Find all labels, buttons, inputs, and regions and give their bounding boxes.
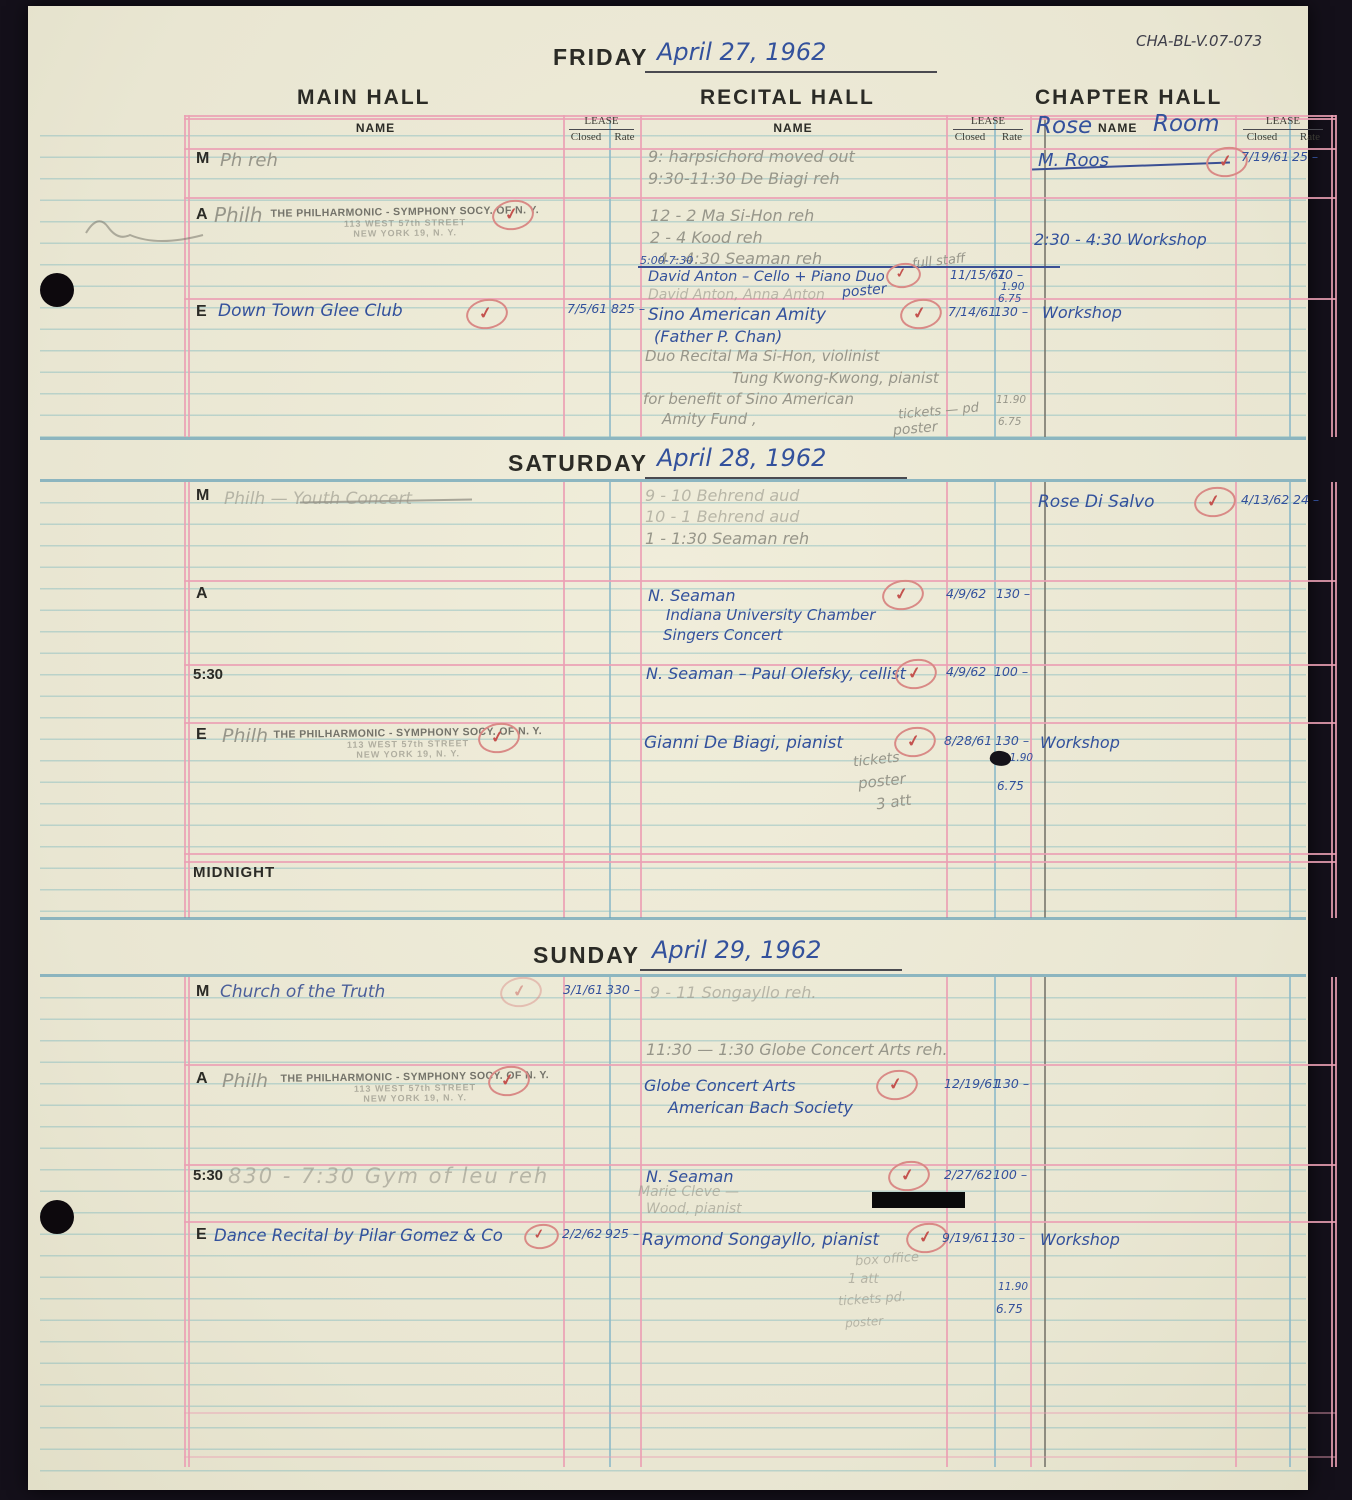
entry-recital-evening: (Father P. Chan) bbox=[654, 327, 782, 346]
grid-hline bbox=[184, 1064, 1336, 1066]
recital-morning-note: 9:30-11:30 De Biagi reh bbox=[648, 169, 840, 188]
recital-afternoon-note: 12 - 2 Ma Si-Hon reh bbox=[650, 206, 814, 225]
entry-chapter-morning: Rose Di Salvo bbox=[1038, 492, 1155, 512]
grid-vline bbox=[1331, 115, 1333, 437]
day-label-saturday: SATURDAY bbox=[508, 450, 648, 477]
grid-hline bbox=[184, 1412, 1336, 1414]
recital-morning-note: 11:30 — 1:30 Globe Concert Arts reh. bbox=[646, 1040, 948, 1059]
redaction-bar bbox=[872, 1192, 965, 1208]
entry-recital-afternoon: American Bach Society bbox=[668, 1098, 853, 1117]
lease-rate: 130 – bbox=[991, 1230, 1025, 1245]
lease-rate: 70 – bbox=[997, 267, 1023, 282]
col-header-rate-recital: Rate bbox=[994, 131, 1030, 143]
entry-recital-afternoon: Globe Concert Arts bbox=[644, 1076, 796, 1095]
col-header-closed-chapter: Closed bbox=[1235, 131, 1289, 143]
fee-amount: 6.75 bbox=[997, 779, 1024, 793]
section-divider-line bbox=[40, 479, 1306, 482]
recital-morning-note: 9 - 10 Behrend aud bbox=[645, 486, 799, 505]
lease-rate: 330 – bbox=[606, 982, 640, 997]
entry-recital-afternoon: Indiana University Chamber bbox=[666, 606, 875, 624]
row-label-e: E bbox=[196, 303, 207, 321]
col-header-rate-main: Rate bbox=[609, 131, 640, 143]
grid-vline bbox=[184, 115, 186, 437]
col-header-name-recital: NAME bbox=[640, 121, 946, 135]
entry-main-morning: Ph reh bbox=[220, 150, 278, 171]
scanned-ledger-page: CHA-BL-V.07-073 FRIDAY April 27, 1962 MA… bbox=[0, 0, 1352, 1500]
lease-closed-date: 7/19/61 bbox=[1241, 149, 1289, 164]
fee-amount: 6.75 bbox=[996, 1302, 1023, 1316]
grid-hline bbox=[184, 1456, 1336, 1458]
lease-closed-date: 2/2/62 bbox=[562, 1226, 602, 1241]
recital-morning-note: 9: harpsichord moved out bbox=[648, 147, 855, 166]
row-label-a: A bbox=[196, 1070, 208, 1088]
section-divider-line bbox=[40, 974, 1306, 977]
recital-morning-note: 9 - 11 Songayllo reh. bbox=[650, 983, 817, 1002]
grid-vline bbox=[563, 115, 565, 437]
lease-underline bbox=[953, 129, 1023, 130]
entry-main-evening: Dance Recital by Pilar Gomez & Co bbox=[214, 1226, 503, 1245]
lease-closed-date: 12/19/61 bbox=[944, 1076, 1000, 1091]
row-label-530: 5:30 bbox=[193, 666, 223, 683]
grid-vline bbox=[1289, 115, 1291, 437]
fee-amount: 11.90 bbox=[998, 1281, 1028, 1293]
grid-vline bbox=[188, 115, 190, 437]
lease-closed-date: 3/1/61 bbox=[563, 982, 603, 997]
lease-rate: 825 – bbox=[611, 301, 645, 316]
row-label-530: 5:30 bbox=[193, 1167, 223, 1184]
lease-rate: 100 – bbox=[994, 664, 1028, 679]
entry-main-morning: Philh — Youth Concert bbox=[224, 489, 412, 509]
grid-hline bbox=[184, 861, 1336, 863]
day-label-friday: FRIDAY bbox=[553, 44, 649, 71]
day-date-sunday: April 29, 1962 bbox=[652, 936, 821, 964]
row-label-e: E bbox=[196, 726, 207, 744]
sino-program-note: for benefit of Sino American bbox=[643, 390, 854, 408]
anton-ghost-note: David Anton, Anna Anton bbox=[648, 287, 825, 303]
hall-title-chapter: CHAPTER HALL bbox=[1035, 86, 1222, 110]
row-label-e: E bbox=[196, 1226, 207, 1244]
hole-punch bbox=[40, 1200, 74, 1234]
lease-closed-date: 4/9/62 bbox=[946, 664, 986, 679]
grid-hline bbox=[184, 197, 1336, 199]
grid-hline bbox=[184, 853, 1336, 855]
entry-recital-530: N. Seaman – Paul Olefsky, cellist bbox=[646, 664, 906, 683]
grid-hline bbox=[184, 580, 1336, 582]
sino-program-note: Duo Recital Ma Si-Hon, violinist bbox=[645, 347, 880, 365]
entry-chapter-evening: Workshop bbox=[1042, 303, 1122, 322]
entry-main-evening: Philh bbox=[222, 725, 268, 747]
entry-main-afternoon: Philh bbox=[214, 203, 263, 227]
lease-rate: 130 – bbox=[995, 1076, 1029, 1091]
day-date-saturday: April 28, 1962 bbox=[657, 444, 826, 472]
col-header-closed-main: Closed bbox=[563, 131, 609, 143]
lease-closed-date: 4/9/62 bbox=[946, 586, 986, 601]
grid-vline bbox=[1030, 115, 1032, 437]
entry-recital-evening: Gianni De Biagi, pianist bbox=[644, 733, 843, 753]
lease-underline bbox=[1243, 129, 1323, 130]
pianist-note: Marie Cleve — bbox=[638, 1184, 739, 1200]
sino-program-note: Amity Fund , bbox=[662, 410, 757, 428]
lease-rate: 925 – bbox=[605, 1226, 639, 1241]
lease-rate: 130 – bbox=[996, 586, 1030, 601]
lease-closed-date: 8/28/61 bbox=[944, 733, 992, 748]
entry-chapter-evening: Workshop bbox=[1040, 1230, 1120, 1249]
pianist-note: Wood, pianist bbox=[646, 1201, 742, 1217]
lease-closed-date: 7/5/61 bbox=[567, 301, 607, 316]
row-label-m: M bbox=[196, 150, 209, 168]
lease-rate: 130 – bbox=[995, 733, 1029, 748]
hole-punch bbox=[40, 273, 74, 307]
poster-note: poster bbox=[845, 1314, 884, 1331]
row-label-a: A bbox=[196, 585, 208, 603]
date-underline bbox=[640, 969, 902, 971]
lease-closed-date: 2/27/62 bbox=[944, 1167, 992, 1182]
section-divider-line bbox=[40, 437, 1306, 440]
entry-recital-evening: Raymond Songayllo, pianist bbox=[642, 1230, 879, 1250]
col-header-rate-chapter: Rate bbox=[1289, 131, 1331, 143]
document-id: CHA-BL-V.07-073 bbox=[1136, 32, 1262, 50]
entry-main-evening: Down Town Glee Club bbox=[218, 301, 403, 321]
entry-chapter-afternoon: 2:30 - 4:30 Workshop bbox=[1034, 230, 1207, 249]
lease-closed-date: 7/14/61 bbox=[948, 304, 996, 319]
lease-closed-date: 9/19/61 bbox=[942, 1230, 990, 1245]
grid-vline bbox=[640, 115, 642, 437]
row-label-m: M bbox=[196, 983, 209, 1001]
lease-closed-date: 4/13/62 bbox=[1241, 492, 1289, 507]
grid-hline bbox=[184, 1221, 1336, 1223]
entry-main-530: 830 - 7:30 Gym of leu reh bbox=[228, 1164, 549, 1188]
hall-title-main: MAIN HALL bbox=[297, 86, 430, 110]
entry-recital-evening: Sino American Amity bbox=[648, 305, 826, 325]
grid-vline bbox=[609, 115, 611, 437]
recital-morning-note: 10 - 1 Behrend aud bbox=[645, 507, 799, 526]
lease-underline bbox=[569, 129, 634, 130]
hall-title-recital: RECITAL HALL bbox=[700, 86, 875, 110]
fee-amount: 6.75 bbox=[998, 416, 1021, 428]
section-divider-line bbox=[40, 917, 1306, 920]
entry-chapter-evening: Workshop bbox=[1040, 733, 1120, 752]
chapter-note-room: Room bbox=[1153, 111, 1220, 137]
entry-main-morning: Church of the Truth bbox=[220, 982, 385, 1002]
date-underline bbox=[645, 477, 907, 479]
entry-recital-anton: David Anton – Cello + Piano Duo bbox=[648, 269, 885, 285]
chapter-note-rose: Rose bbox=[1036, 113, 1092, 139]
recital-morning-note: 1 - 1:30 Seaman reh bbox=[645, 529, 809, 548]
col-header-lease-recital: LEASE bbox=[946, 115, 1030, 127]
fee-amount: 1.90 bbox=[1001, 281, 1024, 293]
lease-rate: 100 – bbox=[993, 1167, 1027, 1182]
fee-amount: 11.90 bbox=[996, 394, 1026, 406]
col-header-lease-main: LEASE bbox=[563, 115, 640, 127]
recital-afternoon-note: 2 - 4 Kood reh bbox=[650, 228, 763, 247]
entry-recital-afternoon: Singers Concert bbox=[663, 626, 782, 644]
col-header-name-chapter: NAME bbox=[1098, 121, 1137, 135]
col-header-lease-chapter: LEASE bbox=[1235, 115, 1331, 127]
day-label-sunday: SUNDAY bbox=[533, 942, 640, 969]
col-header-closed-recital: Closed bbox=[946, 131, 994, 143]
lease-rate: 130 – bbox=[994, 304, 1028, 319]
row-label-m: M bbox=[196, 487, 209, 505]
lease-rate: 24 – bbox=[1293, 492, 1319, 507]
col-header-name-main: NAME bbox=[188, 121, 563, 135]
row-label-midnight: MIDNIGHT bbox=[193, 864, 275, 881]
pencil-scribble bbox=[78, 205, 208, 260]
grid-hline bbox=[184, 722, 1336, 724]
entry-recital-afternoon: N. Seaman bbox=[648, 586, 735, 605]
date-underline bbox=[645, 71, 937, 73]
entry-main-afternoon: Philh bbox=[222, 1070, 268, 1092]
grid-vline bbox=[1335, 115, 1337, 437]
attendance-note: 1 att bbox=[848, 1272, 879, 1287]
sino-program-note: Tung Kwong-Kwong, pianist bbox=[732, 369, 939, 387]
lease-rate: 25 – bbox=[1292, 149, 1318, 164]
day-date-friday: April 27, 1962 bbox=[657, 38, 826, 66]
grid-vline bbox=[946, 115, 948, 437]
